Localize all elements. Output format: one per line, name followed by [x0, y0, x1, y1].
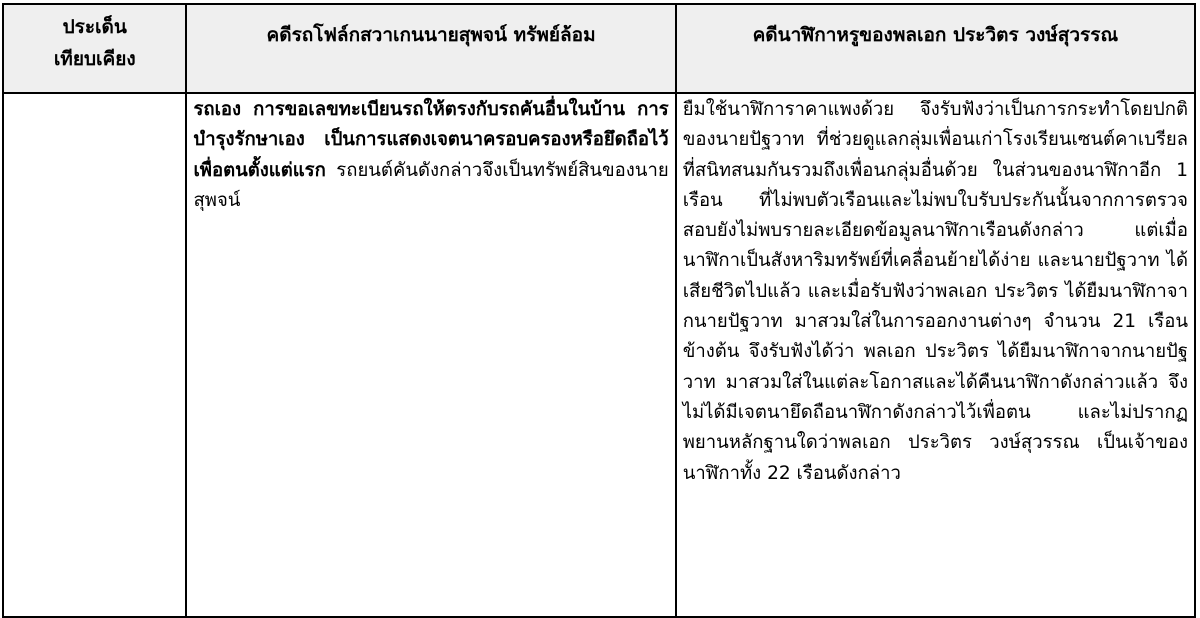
header-volkswagen-case: คดีรถโฟล์กสวาเกนนายสุพจน์ ทรัพย์ล้อม	[186, 4, 675, 93]
cell-volkswagen-case: รถเอง การขอเลขทะเบียนรถให้ตรงกับรถคันอื่…	[186, 93, 675, 610]
table-header-row: ประเด็น เทียบเคียง คดีรถโฟล์กสวาเกนนายสุ…	[3, 4, 1195, 93]
cell-watch-case: ยืมใช้นาฬิการาคาแพงด้วย จึงรับฟังว่าเป็น…	[676, 93, 1195, 610]
header-comparison-issue: ประเด็น เทียบเคียง	[3, 4, 186, 93]
comparison-table: ประเด็น เทียบเคียง คดีรถโฟล์กสวาเกนนายสุ…	[2, 3, 1196, 610]
cell-comparison-issue	[3, 93, 186, 610]
header-comparison-issue-line1: ประเด็น	[10, 11, 179, 43]
header-watch-case: คดีนาฬิกาหรูของพลเอก ประวิตร วงษ์สุวรรณ	[676, 4, 1195, 93]
table-row: รถเอง การขอเลขทะเบียนรถให้ตรงกับรถคันอื่…	[3, 93, 1195, 610]
header-comparison-issue-line2: เทียบเคียง	[10, 43, 179, 75]
document-page: ประเด็น เทียบเคียง คดีรถโฟล์กสวาเกนนายสุ…	[2, 3, 1196, 610]
